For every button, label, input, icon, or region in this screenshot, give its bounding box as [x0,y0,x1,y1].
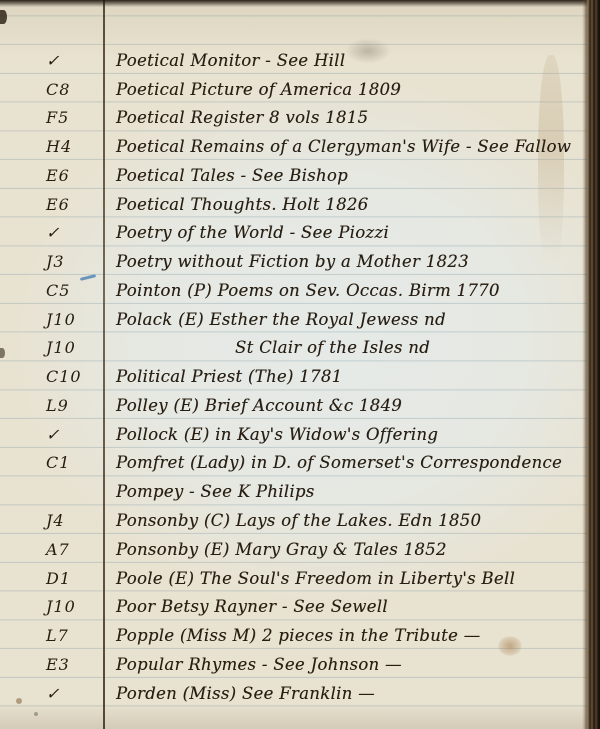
entry-text: Ponsonby (C) Lays of the Lakes. Edn 1850 [103,508,481,533]
entry-text: Poole (E) The Soul's Freedom in Liberty'… [103,566,515,591]
catalog-entry-row: J3 Poetry without Fiction by a Mother 18… [0,245,600,274]
catalog-entry-row: ✓ Poetical Monitor - See Hill [0,44,600,73]
entry-text: Poetical Thoughts. Holt 1826 [103,192,368,217]
entry-text: Poetical Picture of America 1809 [103,77,401,102]
catalog-entry-row: ✓ Pollock (E) in Kay's Widow's Offering [0,418,600,447]
shelf-mark: F5 [0,106,103,130]
catalog-entry-row: J10 St Clair of the Isles nd [0,332,600,361]
shelf-mark: A7 [0,538,103,562]
shelf-mark: J10 [0,336,103,360]
entry-text: Pollock (E) in Kay's Widow's Offering [103,422,438,447]
entry-text: Pointon (P) Poems on Sev. Occas. Birm 17… [103,278,500,303]
shelf-mark: C1 [0,451,103,475]
entry-text: Poetical Monitor - See Hill [103,48,345,73]
entry-text: Poetry without Fiction by a Mother 1823 [103,249,469,274]
catalog-entry-row: C5 Pointon (P) Poems on Sev. Occas. Birm… [0,274,600,303]
catalog-entry-row: J10 Polack (E) Esther the Royal Jewess n… [0,303,600,332]
catalog-entry-row: L9 Polley (E) Brief Account &c 1849 [0,389,600,418]
entry-text: Ponsonby (E) Mary Gray & Tales 1852 [103,537,447,562]
catalog-entry-row: D1 Poole (E) The Soul's Freedom in Liber… [0,562,600,591]
shelf-mark: D1 [0,567,103,591]
entry-text: Poetical Tales - See Bishop [103,163,348,188]
shelf-mark: E6 [0,193,103,217]
catalog-entry-row: ✓ Porden (Miss) See Franklin — [0,677,600,706]
entry-text: Pomfret (Lady) in D. of Somerset's Corre… [103,450,562,475]
catalog-entry-row: C10 Political Priest (The) 1781 [0,360,600,389]
catalog-entry-row: A7 Ponsonby (E) Mary Gray & Tales 1852 [0,533,600,562]
entry-text: Political Priest (The) 1781 [103,364,342,389]
catalog-entry-row: J4 Ponsonby (C) Lays of the Lakes. Edn 1… [0,504,600,533]
shelf-mark: L7 [0,624,103,648]
entry-text: Poetical Remains of a Clergyman's Wife -… [103,134,571,159]
catalog-entry-row: ✓ Poetry of the World - See Piozzi [0,217,600,246]
shelf-mark: ✓ [0,49,103,73]
page-top-edge-shadow [0,0,600,7]
entry-text: Polley (E) Brief Account &c 1849 [103,393,402,418]
shelf-mark: C5 [0,279,103,303]
catalog-entry-row: E6 Poetical Thoughts. Holt 1826 [0,188,600,217]
shelf-mark: E6 [0,164,103,188]
entry-text: Popple (Miss M) 2 pieces in the Tribute … [103,623,480,648]
shelf-mark: ✓ [0,423,103,447]
entry-text: Polack (E) Esther the Royal Jewess nd [103,307,446,332]
entry-text: Popular Rhymes - See Johnson — [103,652,402,677]
shelf-mark: ✓ [0,221,103,245]
entry-text: Poor Betsy Rayner - See Sewell [103,594,388,619]
catalog-entry-row: L7 Popple (Miss M) 2 pieces in the Tribu… [0,619,600,648]
shelf-mark: J4 [0,509,103,533]
entry-text: St Clair of the Isles nd [103,335,430,360]
entry-text: Pompey - See K Philips [103,479,315,504]
shelf-mark: L9 [0,394,103,418]
catalog-entry-row: C1 Pomfret (Lady) in D. of Somerset's Co… [0,447,600,476]
shelf-mark: ✓ [0,682,103,706]
catalog-entry-row: E6 Poetical Tales - See Bishop [0,159,600,188]
catalog-entry-row: F5 Poetical Register 8 vols 1815 [0,102,600,131]
ledger-page: ✓ Poetical Monitor - See Hill C8 Poetica… [0,0,600,729]
shelf-mark: J10 [0,308,103,332]
catalog-entry-row: J10 Poor Betsy Rayner - See Sewell [0,591,600,620]
gutter-ink-blob [0,10,7,24]
shelf-mark: C8 [0,78,103,102]
catalog-entries: ✓ Poetical Monitor - See Hill C8 Poetica… [0,44,600,706]
book-page-edges [582,0,600,729]
entry-text: Poetry of the World - See Piozzi [103,220,389,245]
shelf-mark: J3 [0,250,103,274]
catalog-entry-row: C8 Poetical Picture of America 1809 [0,73,600,102]
catalog-entry-row: E3 Popular Rhymes - See Johnson — [0,648,600,677]
shelf-mark: H4 [0,135,103,159]
shelf-mark: J10 [0,595,103,619]
catalog-entry-row: Pompey - See K Philips [0,475,600,504]
catalog-entry-row: H4 Poetical Remains of a Clergyman's Wif… [0,130,600,159]
paper-spot [34,712,38,716]
entry-text: Poetical Register 8 vols 1815 [103,105,368,130]
shelf-mark: E3 [0,653,103,677]
entry-text: Porden (Miss) See Franklin — [103,681,375,706]
shelf-mark: C10 [0,365,103,389]
